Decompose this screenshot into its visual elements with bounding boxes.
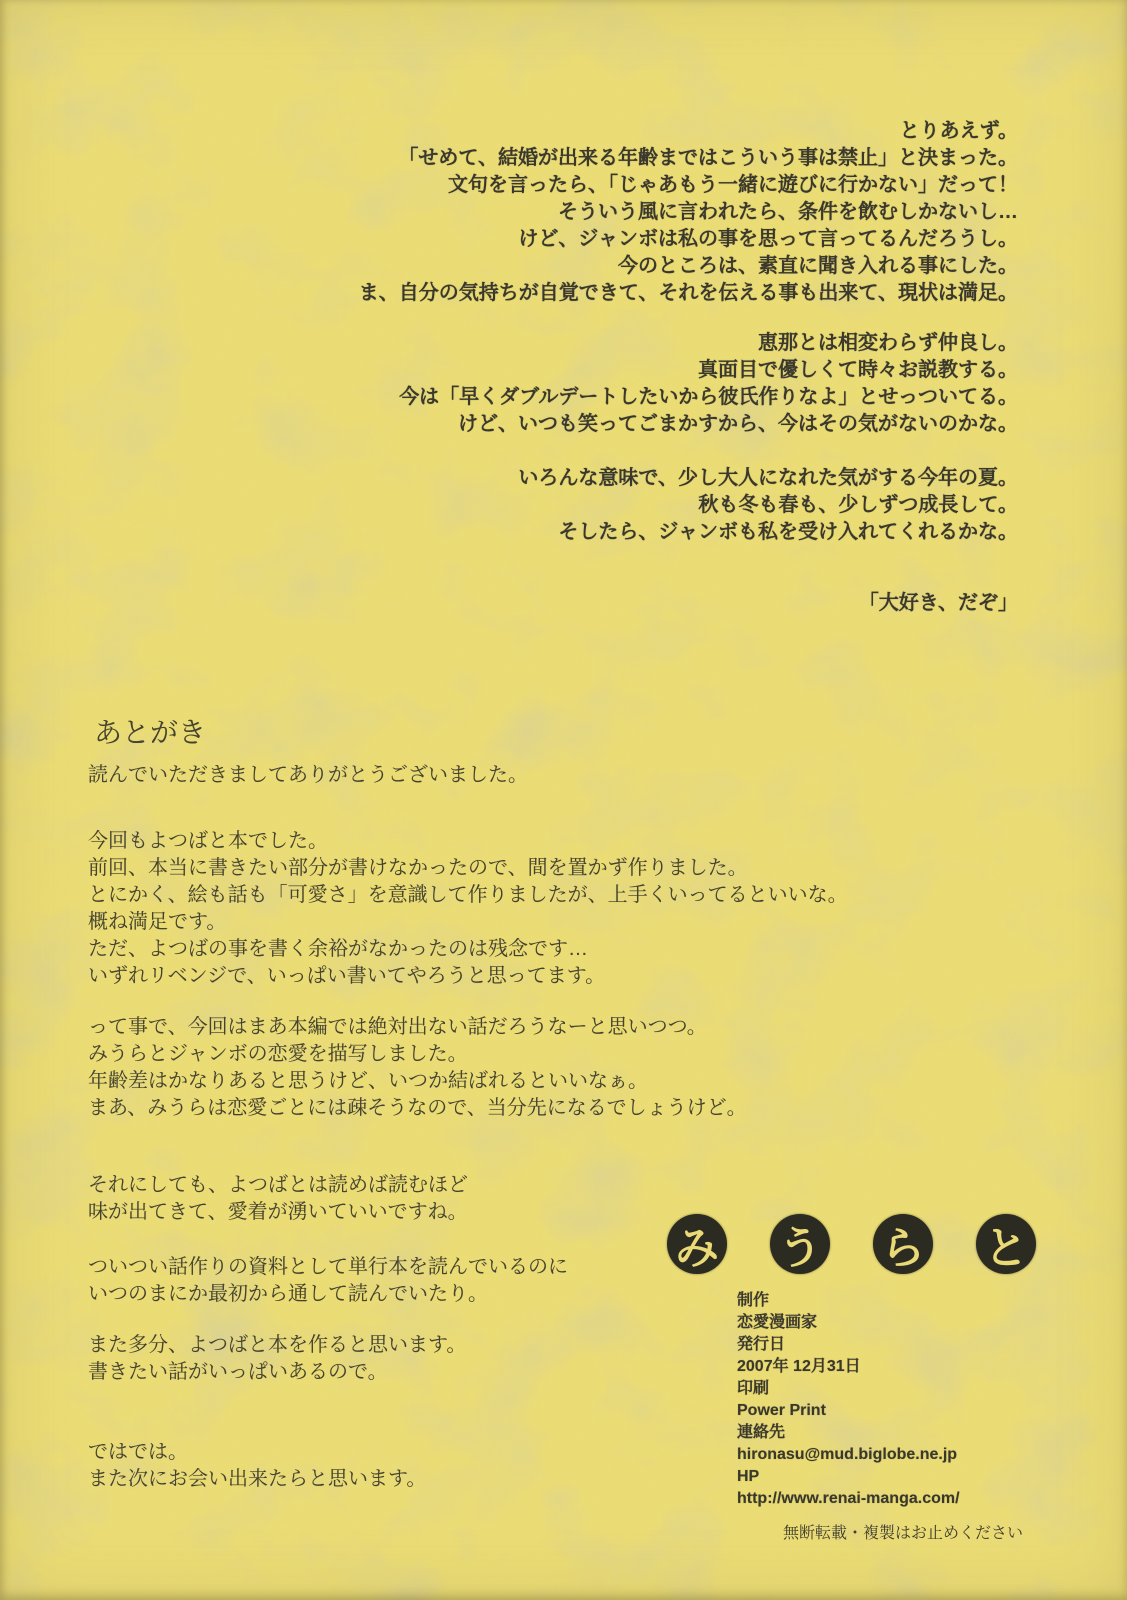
text-line: 秋も冬も春も、少しずつ成長して。: [518, 492, 1018, 519]
doujinshi-afterword-page: とりあえず。「せめて、結婚が出来る年齢まではこういう事は禁止」と決まった。文句を…: [0, 0, 1127, 1600]
logo-circle: み: [667, 1214, 727, 1274]
monologue-block-ena: 恵那とは相変わらず仲良し。真面目で優しくて時々お説教する。今は「早くダブルデート…: [399, 330, 1018, 438]
text-line: いずれリベンジで、いっぱい書いてやろうと思ってます。: [88, 963, 848, 990]
reprint-notice: 無断転載・複製はお止めください: [783, 1520, 1023, 1543]
text-line: 読んでいただきましてありがとうございました。: [88, 762, 528, 789]
text-line: ではでは。: [88, 1439, 426, 1466]
text-line: とりあえず。: [359, 118, 1018, 145]
text-line: 前回、本当に書きたい部分が書けなかったので、間を置かず作りました。: [88, 855, 848, 882]
text-line: 2007年 12月31日: [737, 1356, 960, 1378]
text-line: 概ね満足です。: [88, 909, 848, 936]
text-line: Power Print: [737, 1400, 960, 1422]
text-line: また次にお会い出来たらと思います。: [88, 1466, 426, 1493]
afterword-paragraph-yotsuba: それにしても、よつばとは読めば読むほど味が出てきて、愛着が湧いていいですね。: [88, 1172, 468, 1226]
text-line: 書きたい話がいっぱいあるので。: [88, 1359, 466, 1386]
text-line: 文句を言ったら、「じゃあもう一緒に遊びに行かない」だって！: [359, 172, 1018, 199]
afterword-heading: あとがき: [94, 717, 206, 749]
text-line: ま、自分の気持ちが自覚できて、それを伝える事も出来て、現状は満足。: [359, 280, 1018, 307]
text-line: 今のところは、素直に聞き入れる事にした。: [359, 253, 1018, 280]
afterword-paragraph-thanks: 読んでいただきましてありがとうございました。: [88, 762, 528, 789]
monologue-block-resolution: とりあえず。「せめて、結婚が出来る年齢まではこういう事は禁止」と決まった。文句を…: [359, 118, 1018, 307]
text-line: そしたら、ジャンボも私を受け入れてくれるかな。: [518, 519, 1018, 546]
afterword-paragraph-book: 今回もよつばと本でした。前回、本当に書きたい部分が書けなかったので、間を置かず作…: [88, 828, 848, 990]
text-line: いろんな意味で、少し大人になれた気がする今年の夏。: [518, 465, 1018, 492]
text-line: 味が出てきて、愛着が湧いていいですね。: [88, 1199, 468, 1226]
text-line: 年齢差はかなりあると思うけど、いつか結ばれるといいなぁ。: [88, 1068, 747, 1095]
text-line: 恵那とは相変わらず仲良し。: [399, 330, 1018, 357]
text-line: 制作: [737, 1290, 960, 1312]
monologue-block-summer: いろんな意味で、少し大人になれた気がする今年の夏。秋も冬も春も、少しずつ成長して…: [518, 465, 1018, 546]
text-line: 「せめて、結婚が出来る年齢まではこういう事は禁止」と決まった。: [359, 145, 1018, 172]
text-line: 発行日: [737, 1334, 960, 1356]
afterword-paragraph-farewell: ではでは。また次にお会い出来たらと思います。: [88, 1439, 426, 1493]
text-line: そういう風に言われたら、条件を飲むしかないし…: [359, 199, 1018, 226]
text-line: いつのまにか最初から通して読んでいたり。: [88, 1281, 568, 1308]
text-line: それにしても、よつばとは読めば読むほど: [88, 1172, 468, 1199]
text-line: ついつい話作りの資料として単行本を読んでいるのに: [88, 1254, 568, 1281]
text-line: 連絡先: [737, 1422, 960, 1444]
text-line: http://www.renai-manga.com/: [737, 1488, 960, 1510]
afterword-paragraph-story: って事で、今回はまあ本編では絶対出ない話だろうなーと思いつつ。みうらとジャンボの…: [88, 1014, 747, 1122]
miurato-circle-logo: みうらと: [667, 1214, 1036, 1274]
logo-circle: う: [770, 1214, 830, 1274]
text-line: hironasu@mud.biglobe.ne.jp: [737, 1444, 960, 1466]
logo-circle: と: [976, 1214, 1036, 1274]
text-line: とにかく、絵も話も「可愛さ」を意識して作りましたが、上手くいってるといいな。: [88, 882, 848, 909]
text-line: 今回もよつばと本でした。: [88, 828, 848, 855]
text-line: まあ、みうらは恋愛ごとには疎そうなので、当分先になるでしょうけど。: [88, 1095, 747, 1122]
text-line: けど、いつも笑ってごまかすから、今はその気がないのかな。: [399, 411, 1018, 438]
text-line: って事で、今回はまあ本編では絶対出ない話だろうなーと思いつつ。: [88, 1014, 747, 1041]
afterword-paragraph-reading: ついつい話作りの資料として単行本を読んでいるのにいつのまにか最初から通して読んで…: [88, 1254, 568, 1308]
text-line: けど、ジャンボは私の事を思って言ってるんだろうし。: [359, 226, 1018, 253]
text-line: 恋愛漫画家: [737, 1312, 960, 1334]
afterword-paragraph-next-book: また多分、よつばと本を作ると思います。書きたい話がいっぱいあるので。: [88, 1332, 466, 1386]
text-line: また多分、よつばと本を作ると思います。: [88, 1332, 466, 1359]
text-line: HP: [737, 1466, 960, 1488]
monologue-quote: 「大好き、だぞ」: [859, 590, 1018, 617]
logo-circle: ら: [873, 1214, 933, 1274]
text-line: みうらとジャンボの恋愛を描写しました。: [88, 1041, 747, 1068]
text-line: 今は「早くダブルデートしたいから彼氏作りなよ」とせっついてる。: [399, 384, 1018, 411]
text-line: 真面目で優しくて時々お説教する。: [399, 357, 1018, 384]
credits-list: 制作恋愛漫画家発行日2007年 12月31日印刷Power Print連絡先hi…: [737, 1290, 960, 1510]
text-line: ただ、よつばの事を書く余裕がなかったのは残念です…: [88, 936, 848, 963]
text-line: 印刷: [737, 1378, 960, 1400]
